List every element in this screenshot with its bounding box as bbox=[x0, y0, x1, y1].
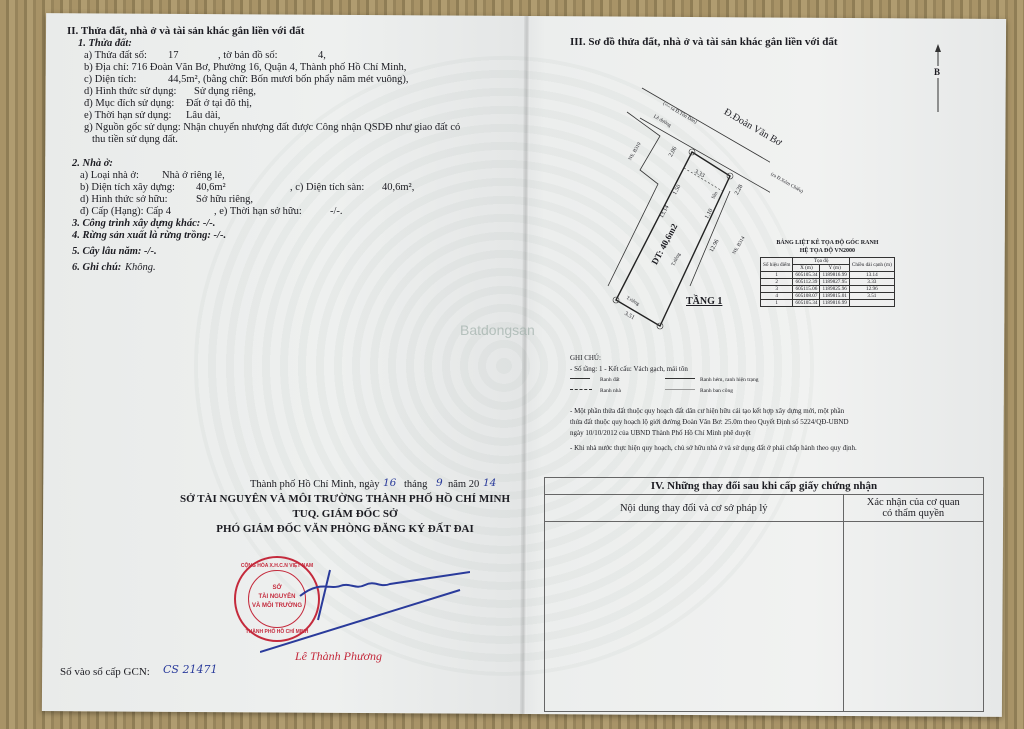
use-purpose-value: Đất ở tại đô thị, bbox=[186, 98, 252, 110]
build-area-label: b) Diện tích xây dựng: bbox=[80, 182, 175, 194]
sign-day: 16 bbox=[383, 477, 396, 489]
house-type-value: Nhà ở riêng lẻ, bbox=[162, 170, 225, 182]
changes-content-cell bbox=[545, 522, 844, 712]
sign-month: 9 bbox=[436, 477, 443, 489]
legend-balcony: Ranh ban công bbox=[700, 385, 733, 397]
use-origin-line2: thu tiền sử dụng đất. bbox=[92, 134, 178, 146]
changes-confirm-cell bbox=[843, 522, 983, 712]
changes-table: IV. Những thay đổi sau khi cấp giấy chứn… bbox=[544, 477, 984, 712]
use-purpose-label: đ) Mục đích sử dụng: bbox=[84, 98, 174, 110]
coordinate-row: 1605105.341189816.9913.14 bbox=[761, 272, 895, 279]
note-label: 6. Ghi chú: bbox=[72, 262, 121, 274]
use-term-label: e) Thời hạn sử dụng: bbox=[84, 110, 171, 122]
notes-floors: - Số tầng: 1 - Kết cấu: Vách gạch, mái t… bbox=[570, 363, 688, 375]
use-term-value: Lâu dài, bbox=[186, 110, 220, 122]
gcn-register-number: CS 21471 bbox=[163, 664, 217, 676]
legend-line-house bbox=[570, 389, 592, 390]
build-area-value: 40,6m² bbox=[196, 182, 226, 194]
note-value: Không. bbox=[125, 262, 156, 274]
legend-line-alley bbox=[665, 378, 695, 379]
land-parcel-number: 17 bbox=[168, 50, 179, 62]
use-origin-line1: g) Nguồn gốc sử dụng: Nhận chuyển nhượng… bbox=[84, 122, 460, 134]
section-iii-title: III. Sơ đồ thửa đất, nhà ở và tài sản kh… bbox=[570, 36, 838, 48]
floor-area-label: , c) Diện tích sàn: bbox=[290, 182, 364, 194]
changes-column-content: Nội dung thay đổi và cơ sở pháp lý bbox=[545, 495, 844, 522]
legend-line-land bbox=[570, 378, 590, 379]
coordinate-row: 4605108.071189815.013.51 bbox=[761, 293, 895, 300]
north-arrow-icon bbox=[930, 44, 946, 114]
legend-house: Ranh nhà bbox=[600, 385, 621, 397]
ownership-value: Sở hữu riêng, bbox=[196, 194, 253, 206]
section-ii-title: II. Thửa đất, nhà ở và tài sản khác gắn … bbox=[67, 25, 304, 37]
land-address: b) Địa chỉ: 716 Đoàn Văn Bơ, Phường 16, … bbox=[84, 62, 406, 74]
land-area-value: 44,5m², (bằng chữ: Bốn mươi bốn phẩy năm… bbox=[168, 74, 409, 86]
use-form-value: Sử dụng riêng, bbox=[194, 86, 256, 98]
coordinate-row: 3605115.061189825.9612.96 bbox=[761, 286, 895, 293]
agency-name: SỞ TÀI NGUYÊN VÀ MÔI TRƯỜNG THÀNH PHỐ HỒ… bbox=[160, 493, 530, 505]
signer-position: PHÓ GIÁM ĐỐC VĂN PHÒNG ĐĂNG KÝ ĐẤT ĐAI bbox=[160, 523, 530, 535]
gcn-register-label: Số vào sổ cấp GCN: bbox=[60, 666, 150, 678]
legend-line-balcony bbox=[665, 389, 695, 390]
land-area-label: c) Diện tích: bbox=[84, 74, 136, 86]
watermark-logo: Batdongsan bbox=[460, 322, 535, 338]
land-parcel-label: a) Thửa đất số: bbox=[84, 50, 147, 62]
map-sheet-label: , tờ bản đồ số: bbox=[218, 50, 278, 62]
place-date-prefix: Thành phố Hồ Chí Minh, ngày bbox=[250, 479, 380, 491]
perennial-trees: 5. Cây lâu năm: -/-. bbox=[72, 246, 157, 258]
year-label: năm 20 bbox=[448, 479, 479, 491]
house-grade: đ) Cấp (Hạng): Cấp 4 bbox=[80, 206, 171, 218]
changes-column-confirmation: Xác nhận của cơ quancó thẩm quyền bbox=[843, 495, 983, 522]
signature-icon bbox=[260, 560, 470, 660]
month-label: tháng bbox=[404, 479, 427, 491]
map-sheet-number: 4, bbox=[318, 50, 326, 62]
house-type-label: a) Loại nhà ở: bbox=[80, 170, 139, 182]
section-iv-title: IV. Những thay đổi sau khi cấp giấy chứn… bbox=[545, 478, 984, 495]
ownership-term-label: , e) Thời hạn sở hữu: bbox=[214, 206, 302, 218]
sign-year: 14 bbox=[483, 477, 496, 489]
coordinate-row: 1605105.341189816.99 bbox=[761, 300, 895, 307]
coordinate-row: 2605112.391189827.953.33 bbox=[761, 279, 895, 286]
tuq-title: TUQ. GIÁM ĐỐC SỞ bbox=[160, 508, 530, 520]
north-label: B bbox=[934, 66, 940, 78]
production-forest: 4. Rừng sản xuất là rừng trồng: -/-. bbox=[72, 230, 226, 242]
floor-area-value: 40,6m², bbox=[382, 182, 414, 194]
other-construction: 3. Công trình xây dựng khác: -/-. bbox=[72, 218, 215, 230]
coordinate-table: BẢNG LIỆT KÊ TỌA ĐỘ GÓC RANHHỆ TỌA ĐỘ VN… bbox=[760, 239, 895, 307]
note-planning-3: ngày 10/10/2012 của UBND Thành Phố Hồ Ch… bbox=[570, 427, 751, 439]
ownership-label: d) Hình thức sở hữu: bbox=[80, 194, 168, 206]
ownership-term-value: -/-. bbox=[330, 206, 343, 218]
floor-label: TẦNG 1 bbox=[686, 296, 722, 308]
signer-name: Lê Thành Phương bbox=[295, 650, 382, 662]
house-heading: 2. Nhà ở: bbox=[72, 158, 113, 170]
use-form-label: d) Hình thức sử dụng: bbox=[84, 86, 176, 98]
note-compliance: - Khi nhà nước thực hiện quy hoạch, chủ … bbox=[570, 442, 857, 454]
land-heading: 1. Thửa đất: bbox=[78, 38, 132, 50]
